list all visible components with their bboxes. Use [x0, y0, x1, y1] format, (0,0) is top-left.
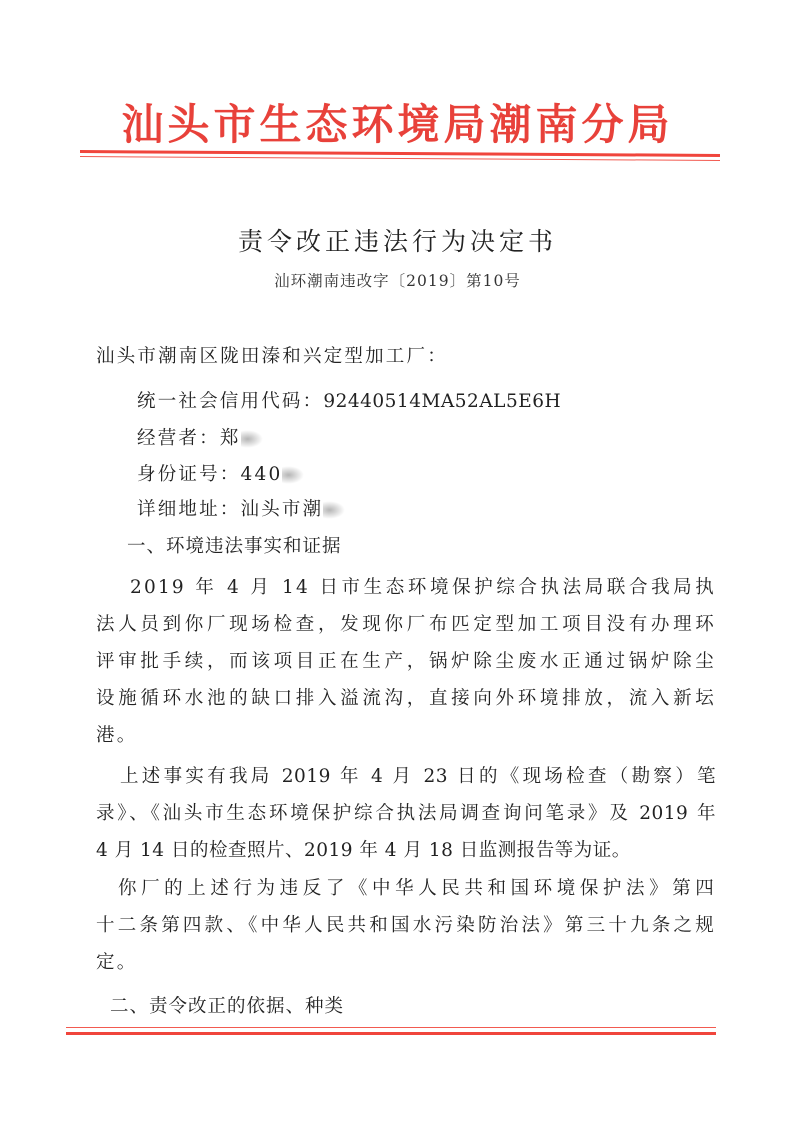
- redaction-blur: [282, 466, 304, 484]
- paragraph-line: 你厂的上述行为违反了《中华人民共和国环境保护法》第四: [118, 874, 716, 900]
- paragraph-line: 十二条第四款、《中华人民共和国水污染防治法》第三十九条之规: [96, 911, 716, 937]
- field-label: 统一社会信用代码：: [137, 391, 323, 412]
- paragraph-line: 港。: [96, 721, 137, 747]
- document-number: 汕环潮南违改字〔2019〕第10号: [0, 269, 795, 291]
- paragraph-line: 评审批手续，而该项目正在生产，锅炉除尘废水正通过锅炉除尘: [96, 647, 716, 673]
- field-value: 440: [241, 464, 283, 485]
- section-heading-1: 一、环境违法事实和证据: [127, 532, 342, 558]
- section-heading-2: 二、责令改正的依据、种类: [110, 992, 344, 1018]
- field-address: 详细地址：汕头市潮: [137, 495, 345, 521]
- paragraph-line: 上述事实有我局 2019 年 4 月 23 日的《现场检查（勘察）笔: [120, 762, 716, 788]
- footer-redline-thick: [66, 1032, 716, 1035]
- field-credit-code: 统一社会信用代码：92440514MA52AL5E6H: [137, 387, 561, 413]
- paragraph-line: 法人员到你厂现场检查，发现你厂布匹定型加工项目没有办理环: [96, 610, 716, 636]
- footer-redline-thin: [66, 1027, 716, 1028]
- field-id-number: 身份证号：440: [137, 460, 304, 486]
- field-label: 详细地址：: [137, 499, 241, 520]
- document-title: 责令改正违法行为决定书: [0, 222, 795, 258]
- paragraph-line: 设施循环水池的缺口排入溢流沟，直接向外环境排放，流入新坛: [96, 684, 716, 710]
- agency-header: 汕头市生态环境局潮南分局: [0, 92, 795, 152]
- paragraph-line: 定。: [96, 948, 137, 974]
- field-value: 汕头市潮: [241, 499, 324, 520]
- field-value: 92440514MA52AL5E6H: [323, 391, 561, 412]
- paragraph-line: 4 月 14 日的检查照片、2019 年 4 月 18 日监测报告等为证。: [96, 836, 631, 862]
- recipient-name: 汕头市潮南区陇田溱和兴定型加工厂：: [96, 342, 448, 368]
- header-redline-thin: [80, 156, 720, 161]
- redaction-blur: [323, 501, 345, 519]
- field-label: 经营者：: [137, 428, 220, 449]
- paragraph-line: 录》、《汕头市生态环境保护综合执法局调查询问笔录》及 2019 年: [96, 799, 716, 825]
- redaction-blur: [241, 430, 263, 448]
- paragraph-line: 2019 年 4 月 14 日市生态环境保护综合执法局联合我局执: [130, 573, 716, 599]
- field-label: 身份证号：: [137, 464, 241, 485]
- field-value: 郑: [220, 428, 241, 449]
- field-operator: 经营者：郑: [137, 424, 263, 450]
